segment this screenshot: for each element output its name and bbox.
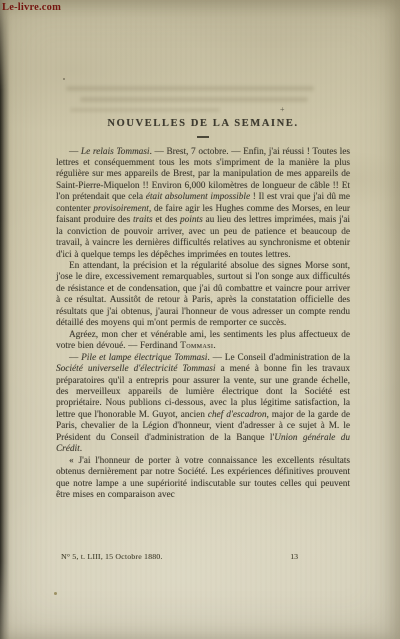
title-rule	[197, 136, 209, 138]
paragraph: — Pile et lampe électrique Tommasi. — Le…	[56, 352, 350, 455]
paragraph-text: était absolument impossible	[146, 191, 250, 201]
paragraph-text: .	[80, 443, 82, 453]
signature-number: 13	[290, 552, 350, 561]
paragraph-text: —	[69, 146, 81, 156]
ink-speck	[63, 78, 65, 80]
page-content: NOUVELLES DE LA SEMAINE. — Le relais Tom…	[56, 118, 350, 501]
page-showthrough	[70, 108, 220, 112]
watermark: Le-livre.com	[2, 2, 61, 13]
paragraph-text: points	[180, 214, 203, 224]
paragraph-text: Pile et lampe électrique Tommasi	[81, 352, 207, 362]
paragraph-text: « J'ai l'honneur de porter à votre conna…	[56, 455, 350, 499]
paragraph-text: .	[213, 340, 215, 350]
paragraph-text: Le relais Tommasi	[81, 146, 150, 156]
page-footer: N° 5, t. LIII, 15 Octobre 1880. 13	[56, 552, 350, 561]
paragraph: Agréez, mon cher et vénérable ami, les s…	[56, 329, 350, 352]
paragraph-text: Société universelle d'électricité Tommas…	[56, 363, 216, 373]
paragraph-text: et des	[153, 214, 180, 224]
ink-speck	[54, 592, 57, 595]
article-body: — Le relais Tommasi. — Brest, 7 octobre.…	[56, 146, 350, 501]
book-binding-shadow	[0, 0, 10, 639]
paragraph-text: —	[69, 352, 81, 362]
paragraph-text: chef d'escadron	[208, 409, 267, 419]
paragraph: « J'ai l'honneur de porter à votre conna…	[56, 455, 350, 501]
section-title: NOUVELLES DE LA SEMAINE.	[56, 118, 350, 129]
paragraph-text: traits	[133, 214, 153, 224]
paragraph-text: En attendant, la précision et la régular…	[56, 260, 350, 327]
page-showthrough	[80, 97, 308, 102]
page-showthrough	[66, 86, 314, 91]
paragraph-text: . — Le Conseil d'administration de la	[207, 352, 350, 362]
paragraph: En attendant, la précision et la régular…	[56, 260, 350, 329]
issue-line: N° 5, t. LIII, 15 Octobre 1880.	[56, 552, 163, 561]
scanned-page: Le-livre.com + NOUVELLES DE LA SEMAINE. …	[0, 0, 400, 639]
paragraph-text: Tommasi	[180, 340, 213, 350]
paragraph-text: provisoirement	[93, 203, 149, 213]
ink-mark-plus: +	[280, 105, 285, 114]
paragraph: — Le relais Tommasi. — Brest, 7 octobre.…	[56, 146, 350, 261]
